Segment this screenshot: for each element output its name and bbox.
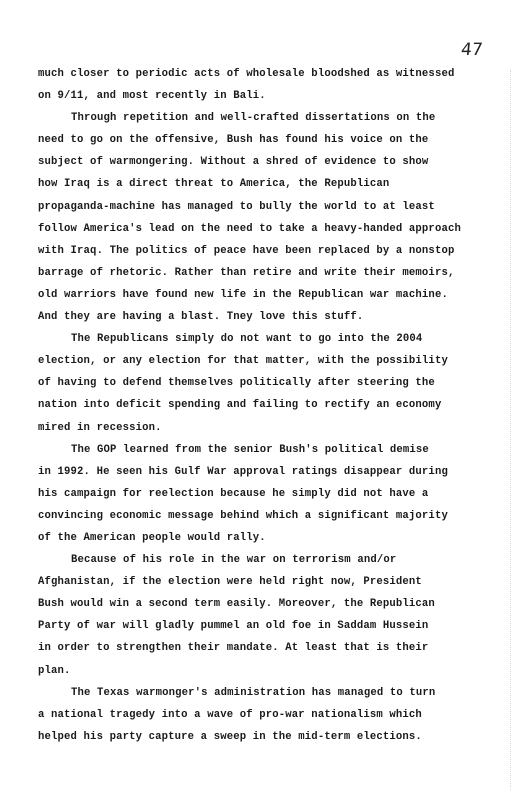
- page-number: 47: [460, 40, 484, 60]
- paragraph-first-line: Through repetition and well-crafted diss…: [38, 107, 488, 129]
- text-line: convincing economic message behind which…: [38, 505, 488, 527]
- text-line: in 1992. He seen his Gulf War approval r…: [38, 461, 488, 483]
- paragraph-first-line: Because of his role in the war on terror…: [38, 549, 488, 571]
- text-line: old warriors have found new life in the …: [38, 284, 488, 306]
- text-line: how Iraq is a direct threat to America, …: [38, 173, 488, 195]
- text-line: plan.: [38, 660, 488, 682]
- text-line: Bush would win a second term easily. Mor…: [38, 593, 488, 615]
- text-line: much closer to periodic acts of wholesal…: [38, 63, 488, 85]
- text-line: with Iraq. The politics of peace have be…: [38, 240, 488, 262]
- body-text: much closer to periodic acts of wholesal…: [38, 63, 488, 748]
- text-line: election, or any election for that matte…: [38, 350, 488, 372]
- text-line: Afghanistan, if the election were held r…: [38, 571, 488, 593]
- margin-line: [510, 70, 511, 790]
- text-line: Party of war will gladly pummel an old f…: [38, 615, 488, 637]
- text-line: in order to strengthen their mandate. At…: [38, 637, 488, 659]
- text-line: subject of warmongering. Without a shred…: [38, 151, 488, 173]
- text-line: propaganda-machine has managed to bully …: [38, 196, 488, 218]
- text-line: on 9/11, and most recently in Bali.: [38, 85, 488, 107]
- paragraph-first-line: The Republicans simply do not want to go…: [38, 328, 488, 350]
- text-line: need to go on the offensive, Bush has fo…: [38, 129, 488, 151]
- text-line: nation into deficit spending and failing…: [38, 394, 488, 416]
- text-line: follow America's lead on the need to tak…: [38, 218, 488, 240]
- paragraph-first-line: The Texas warmonger's administration has…: [38, 682, 488, 704]
- paragraph-first-line: The GOP learned from the senior Bush's p…: [38, 439, 488, 461]
- text-line: And they are having a blast. Tney love t…: [38, 306, 488, 328]
- text-line: of the American people would rally.: [38, 527, 488, 549]
- text-line: barrage of rhetoric. Rather than retire …: [38, 262, 488, 284]
- text-line: his campaign for reelection because he s…: [38, 483, 488, 505]
- text-line: mired in recession.: [38, 417, 488, 439]
- text-line: helped his party capture a sweep in the …: [38, 726, 488, 748]
- text-line: a national tragedy into a wave of pro-wa…: [38, 704, 488, 726]
- document-page: 47 much closer to periodic acts of whole…: [0, 0, 527, 812]
- text-line: of having to defend themselves political…: [38, 372, 488, 394]
